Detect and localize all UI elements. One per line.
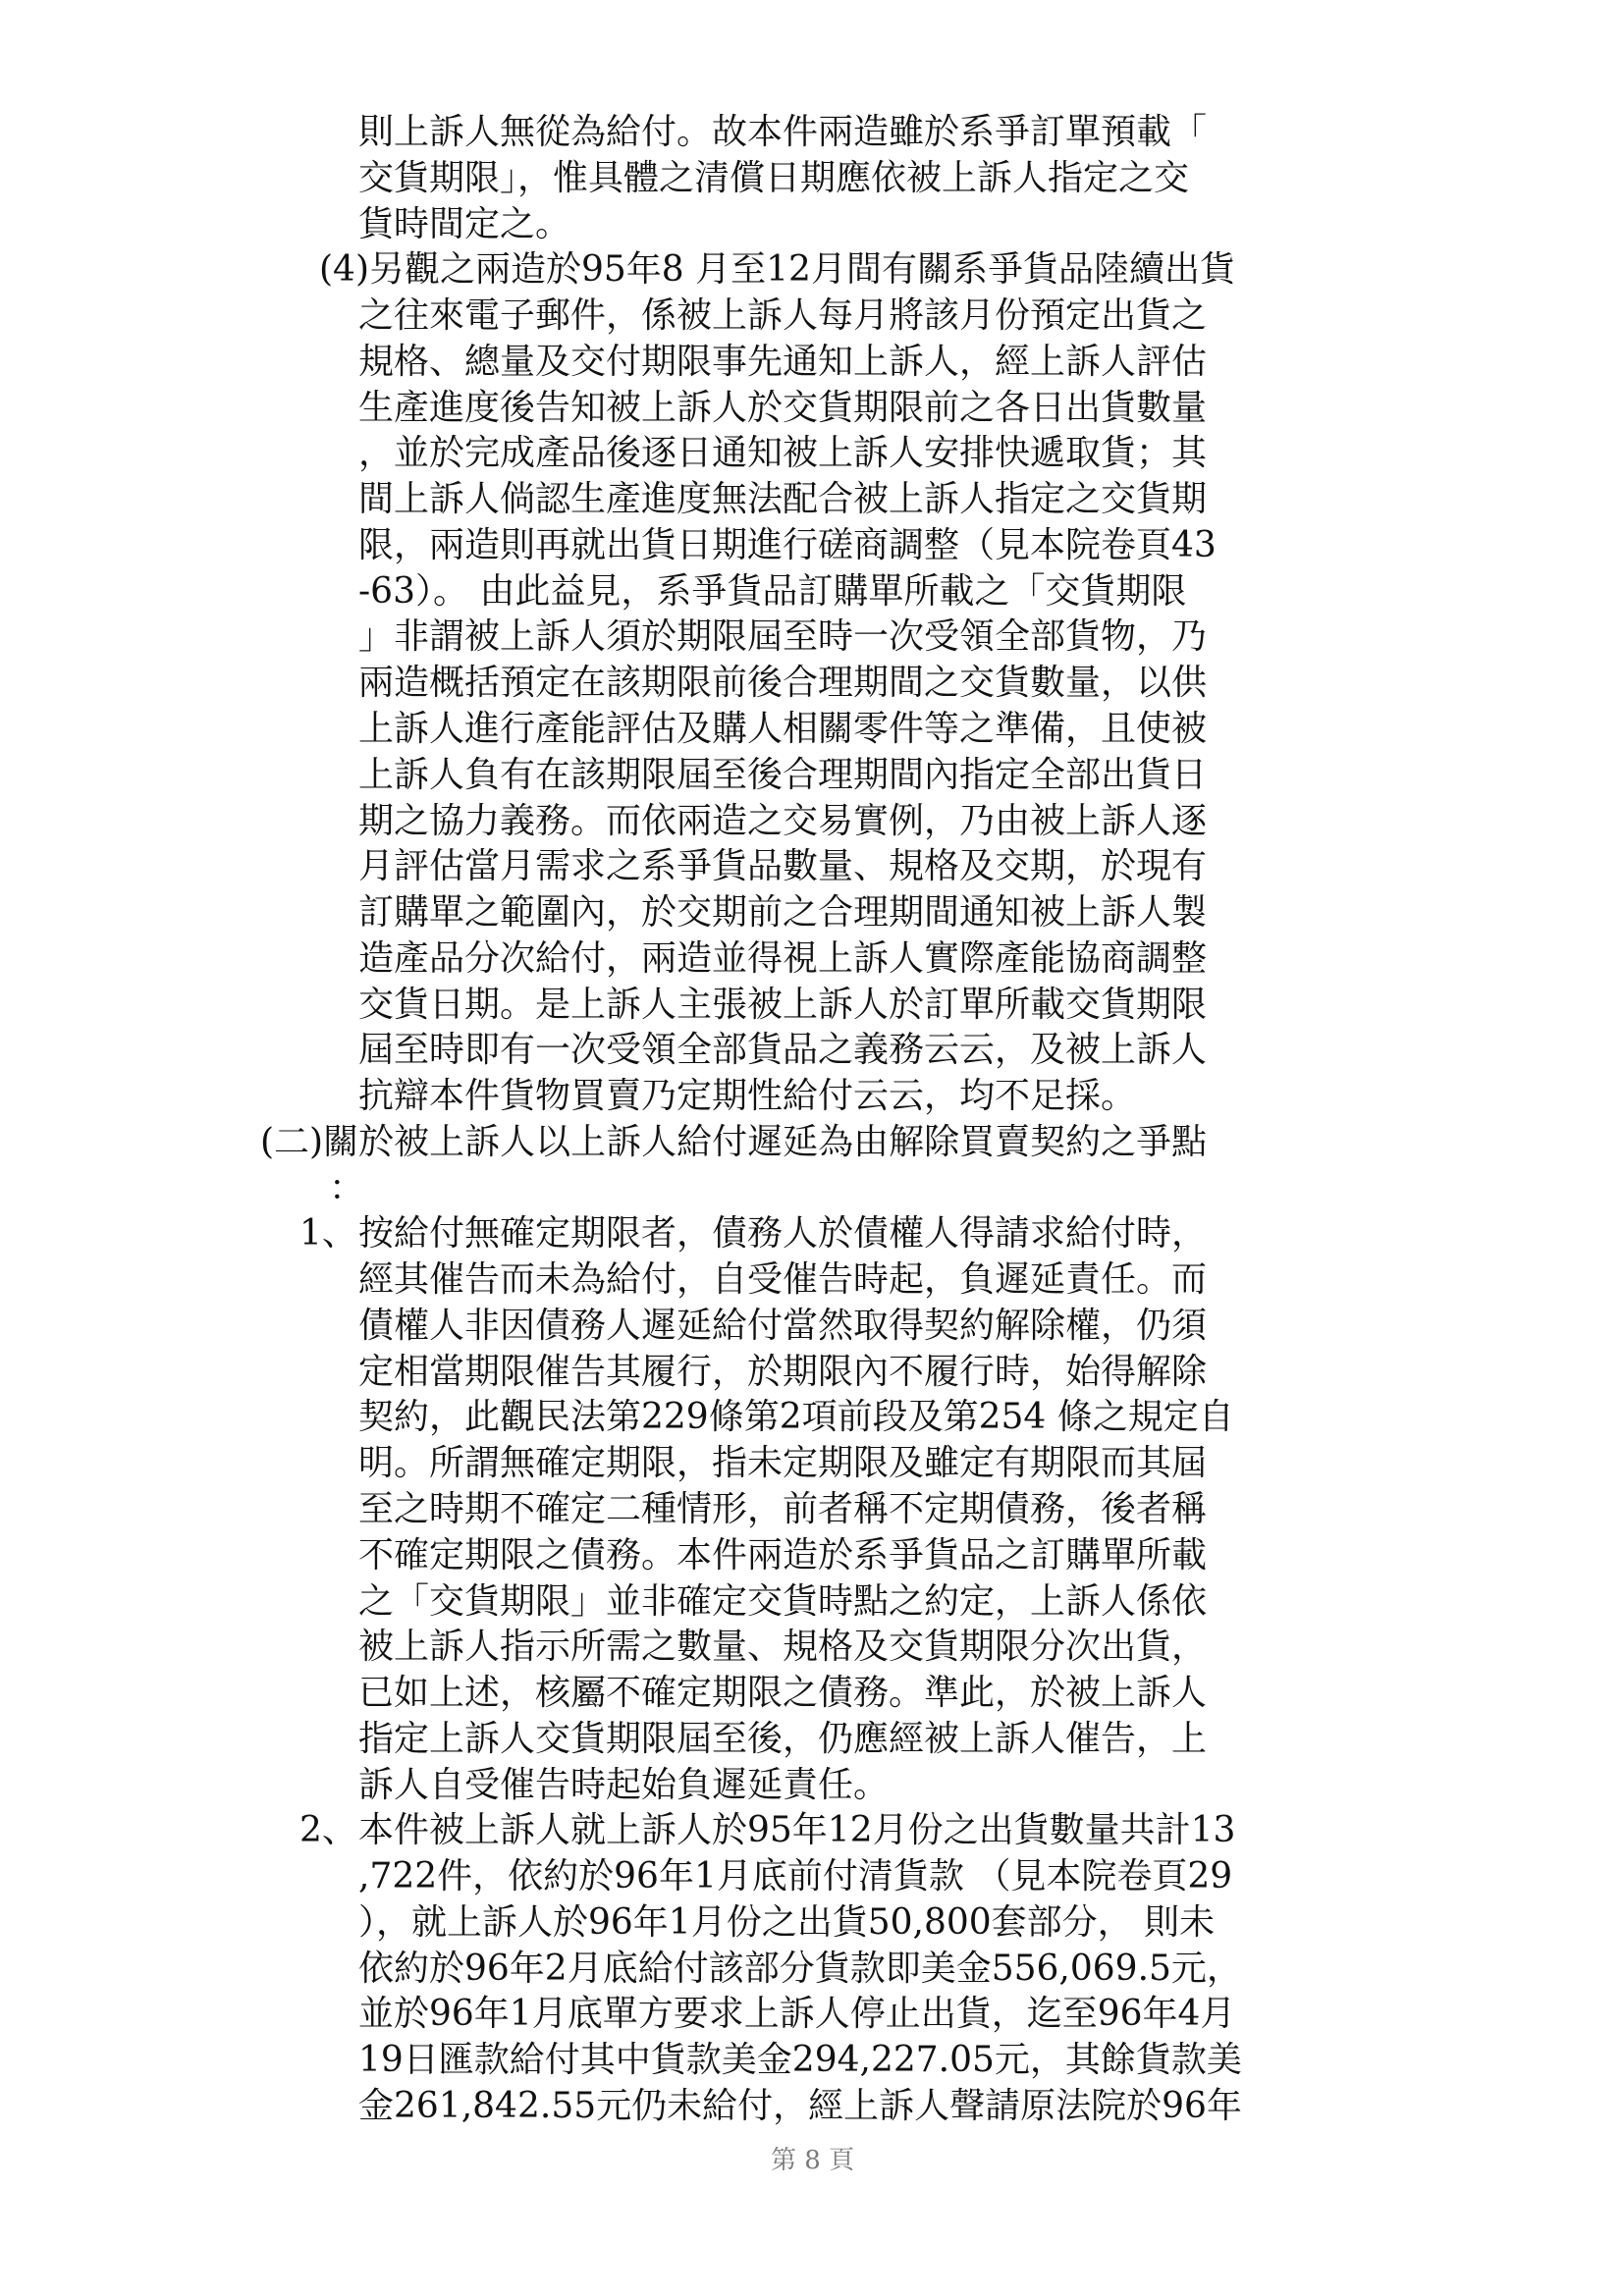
paragraph-line: 則上訴人無從為給付。故本件兩造雖於系爭訂單預載「 (358, 110, 1144, 155)
paragraph-line: 屆至時即有一次受領全部貨品之義務云云，及被上訴人 (358, 1028, 1144, 1073)
paragraph-line: 間上訴人倘認生產進度無法配合被上訴人指定之交貨期 (358, 477, 1144, 522)
section-2-heading: (二)關於被上訴人以上訴人給付遲延為由解除買賣契約之爭點 (260, 1120, 1207, 1165)
paragraph-line: 之「交貨期限」並非確定交貨時點之約定，上訴人係依 (358, 1579, 1144, 1625)
paragraph-line: 抗辯本件貨物買賣乃定期性給付云云，均不足採。 (358, 1074, 1144, 1119)
paragraph-line: 造產品分次給付，兩造並得視上訴人實際產能協商調整 (358, 936, 1144, 982)
paragraph-line: 貨時間定之。 (358, 202, 1144, 247)
paragraph-line: 限，兩造則再就出貨日期進行磋商調整（見本院卷頁43 (358, 523, 1144, 568)
paragraph-line: 依約於96年2月底給付該部分貨款即美金556,069.5元， (358, 1947, 1144, 1992)
paragraph-line: 契約，此觀民法第229條第2項前段及第254 條之規定自 (358, 1395, 1144, 1440)
paragraph-line: 」非謂被上訴人須於期限屆至時一次受領全部貨物，乃 (358, 614, 1144, 660)
paragraph-line: 定相當期限催告其履行，於期限內不履行時，始得解除 (358, 1350, 1144, 1395)
paragraph-line: 期之協力義務。而依兩造之交易實例，乃由被上訴人逐 (358, 799, 1144, 844)
paragraph-line: 明。所謂無確定期限，指未定期限及雖定有期限而其屆 (358, 1441, 1144, 1486)
paragraph-line: 按給付無確定期限者，債務人於債權人得請求給付時， (358, 1211, 1144, 1256)
subsection-4-heading-line: (4)另觀之兩造於95年8 月至12月間有關系爭貨品陸續出貨 (319, 247, 1235, 293)
paragraph-line: ，並於完成產品後逐日通知被上訴人安排快遞取貨；其 (358, 431, 1144, 476)
section-heading-colon: ： (329, 1166, 364, 1211)
paragraph-line: 訂購單之範圍內，於交期前之合理期間通知被上訴人製 (358, 890, 1144, 935)
paragraph-line: 經其催告而未為給付，自受催告時起，負遲延責任。而 (358, 1257, 1144, 1303)
paragraph-line: 債權人非因債務人遲延給付當然取得契約解除權，仍須 (358, 1304, 1144, 1349)
paragraph-line: 交貨期限」，惟具體之清償日期應依被上訴人指定之交 (358, 156, 1144, 201)
paragraph-line: ），就上訴人於96年1月份之出貨50,800套部分， 則未 (358, 1900, 1144, 1946)
document-page: 則上訴人無從為給付。故本件兩造雖於系爭訂單預載「 交貨期限」，惟具體之清償日期應… (0, 0, 1623, 2296)
paragraph-line: 交貨日期。是上訴人主張被上訴人於訂單所載交貨期限 (358, 983, 1144, 1028)
paragraph-line: 生產進度後告知被上訴人於交貨期限前之各日出貨數量 (358, 386, 1144, 431)
paragraph-line: 上訴人負有在該期限屆至後合理期間內指定全部出貨日 (358, 753, 1144, 798)
paragraph-line: 不確定期限之債務。本件兩造於系爭貨品之訂購單所載 (358, 1533, 1144, 1578)
paragraph-line: 規格、總量及交付期限事先通知上訴人，經上訴人評估 (358, 340, 1144, 385)
paragraph-line: 被上訴人指示所需之數量、規格及交貨期限分次出貨， (358, 1625, 1144, 1670)
paragraph-line: 之往來電子郵件，係被上訴人每月將該月份預定出貨之 (358, 294, 1144, 339)
paragraph-line: 上訴人進行產能評估及購人相關零件等之準備，且使被 (358, 707, 1144, 752)
paragraph-line: 訴人自受催告時起始負遲延責任。 (358, 1763, 1144, 1808)
paragraph-line: 指定上訴人交貨期限屆至後，仍應經被上訴人催告，上 (358, 1717, 1144, 1762)
paragraph-line: 至之時期不確定二種情形，前者稱不定期債務，後者稱 (358, 1487, 1144, 1532)
paragraph-line: 兩造概括預定在該期限前後合理期間之交貨數量，以供 (358, 661, 1144, 706)
item-1-label: 1、 (299, 1211, 357, 1256)
paragraph-line: -63）。 由此益見，系爭貨品訂購單所載之「交貨期限 (358, 569, 1144, 614)
page-number: 第 8 頁 (771, 2144, 854, 2177)
paragraph-line: 月評估當月需求之系爭貨品數量、規格及交期，於現有 (358, 844, 1144, 889)
paragraph-line: 19日匯款給付其中貨款美金294,227.05元，其餘貨款美 (358, 2038, 1144, 2083)
paragraph-line: ,722件，依約於96年1月底前付清貨款 （見本院卷頁29 (358, 1854, 1144, 1899)
paragraph-line: 並於96年1月底單方要求上訴人停止出貨，迄至96年4月 (358, 1992, 1144, 2037)
paragraph-line: 本件被上訴人就上訴人於95年12月份之出貨數量共計13 (358, 1808, 1144, 1853)
paragraph-line: 金261,842.55元仍未給付，經上訴人聲請原法院於96年 (358, 2084, 1144, 2129)
paragraph-line: 已如上述，核屬不確定期限之債務。準此，於被上訴人 (358, 1671, 1144, 1716)
item-2-label: 2、 (299, 1808, 357, 1853)
